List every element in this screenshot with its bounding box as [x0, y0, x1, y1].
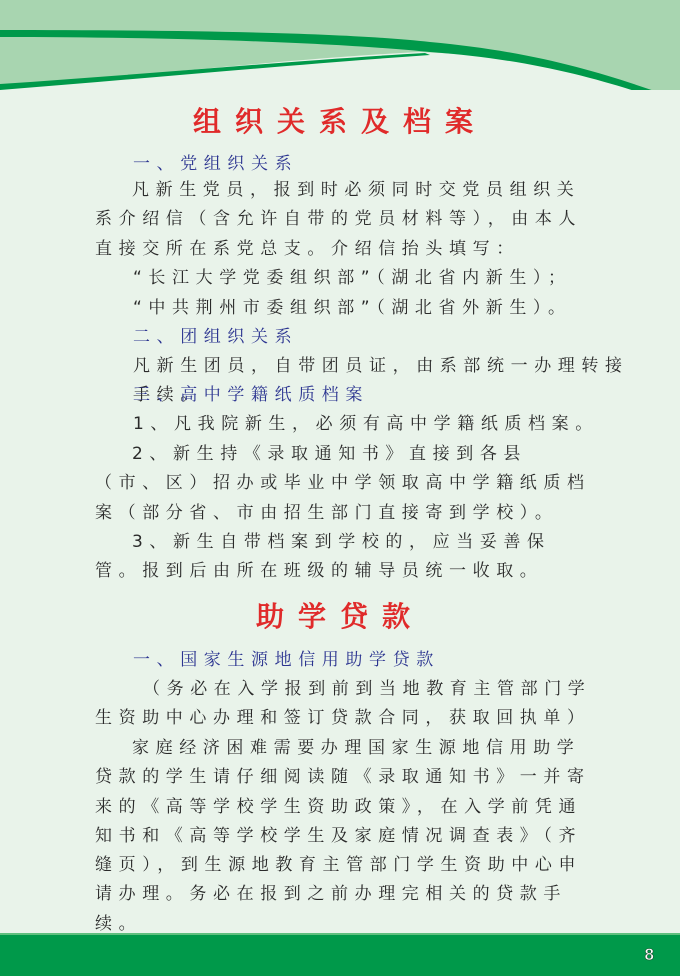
archives-item-3: 3、新生自带档案到学校的，应当妥善保管。报到后由所在班级的辅导员统一收取。: [95, 528, 595, 587]
archives-item-2: 2、新生持《录取通知书》直接到各县（市、区）招办或毕业中学领取高中学籍纸质档案（…: [95, 440, 595, 528]
archives-item-1: 1、凡我院新生，必须有高中学籍纸质档案。: [133, 410, 633, 439]
subheading-national-loan: 一、国家生源地信用助学贷款: [133, 646, 633, 675]
subheading-league: 二、团组织关系: [133, 323, 633, 352]
letter-header-inside-province: “长江大学党委组织部”（湖北省内新生）；: [133, 264, 633, 293]
section-title-student-loan: 助学贷款: [0, 599, 680, 635]
header-wave-decoration: [0, 0, 680, 90]
section-title-organization: 组织关系及档案: [0, 104, 680, 140]
loan-note: （务必在入学报到前到当地教育主管部门学生资助中心办理和签订贷款合同，获取回执单）: [95, 675, 595, 734]
paragraph-loan: 家庭经济困难需要办理国家生源地信用助学贷款的学生请仔细阅读随《录取通知书》一并寄…: [95, 734, 595, 939]
paragraph-party: 凡新生党员，报到时必须同时交党员组织关系介绍信（含允许自带的党员材料等），由本人…: [95, 176, 595, 264]
page-number: 8: [645, 945, 654, 965]
subheading-party: 一、党组织关系: [133, 150, 633, 179]
footer-bar: 8: [0, 933, 680, 976]
subheading-archives: 三、高中学籍纸质档案: [133, 381, 633, 410]
letter-header-outside-province: “中共荆州市委组织部”（湖北省外新生）。: [133, 294, 633, 323]
